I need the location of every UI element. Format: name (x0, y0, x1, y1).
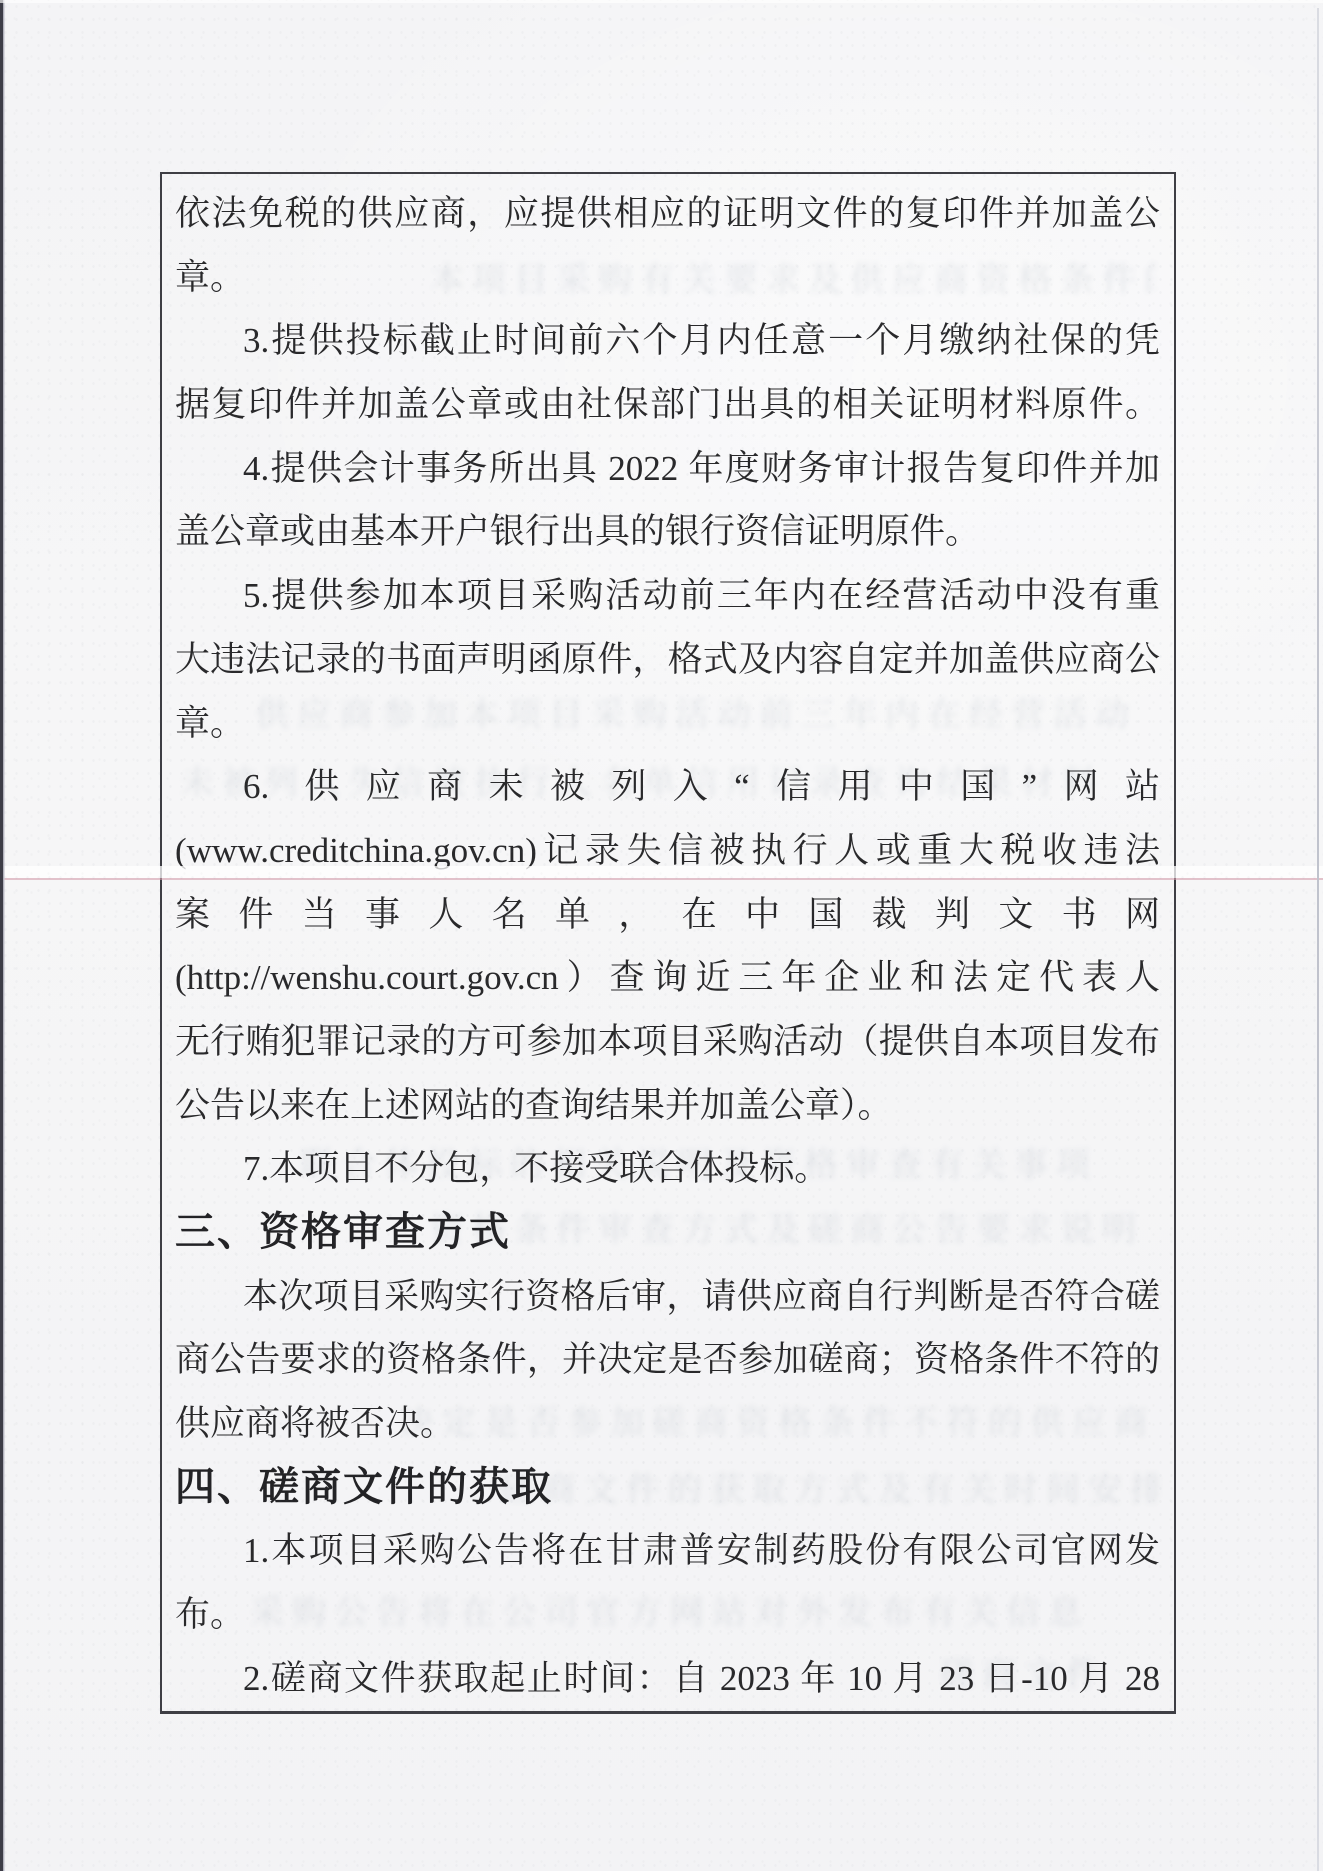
text-line-4: 据复印件并加盖公章或由社保部门出具的相关证明材料原件。 (175, 373, 1160, 437)
text-line-23: 布。 (175, 1583, 1160, 1647)
text-line-12: 案件当事人名单，在中国裁判文书网 (175, 883, 1160, 947)
text-line-16: 7.本项目不分包，不接受联合体投标。 (175, 1137, 1160, 1201)
text-line-19: 商公告要求的资格条件，并决定是否参加磋商；资格条件不符的 (175, 1328, 1160, 1392)
text-line-8: 大违法记录的书面声明函原件，格式及内容自定并加盖供应商公 (175, 628, 1160, 692)
scan-top-edge (0, 0, 1323, 3)
text-line-24: 2.磋商文件获取起止时间：自 2023 年 10 月 23 日-10 月 28 (175, 1647, 1160, 1711)
text-line-1: 依法免税的供应商，应提供相应的证明文件的复印件并加盖公 (175, 182, 1160, 246)
text-line-14: 无行贿犯罪记录的方可参加本项目采购活动（提供自本项目发布 (175, 1010, 1160, 1074)
text-line-6: 盖公章或由基本开户银行出具的银行资信证明原件。 (175, 500, 1160, 564)
document-border-box: 依法免税的供应商，应提供相应的证明文件的复印件并加盖公章。3.提供投标截止时间前… (160, 172, 1176, 1714)
scan-left-edge (0, 0, 5, 1871)
scan-crease-band (0, 866, 1323, 878)
scan-right-edge (1317, 8, 1319, 1871)
scanned-page: 本项目采购有关要求及供应商资格条件的说明供应商参加本项目采购活动前三年内在经营活… (0, 0, 1323, 1871)
text-line-3: 3.提供投标截止时间前六个月内任意一个月缴纳社保的凭 (175, 309, 1160, 373)
text-line-17: 三、资格审查方式 (175, 1201, 1160, 1265)
text-line-5: 4.提供会计事务所出具 2022 年度财务审计报告复印件并加 (175, 437, 1160, 501)
scan-crease-line (0, 878, 1323, 880)
text-line-2: 章。 (175, 246, 1160, 310)
text-line-15: 公告以来在上述网站的查询结果并加盖公章）。 (175, 1074, 1160, 1138)
text-line-22: 1.本项目采购公告将在甘肃普安制药股份有限公司官网发 (175, 1519, 1160, 1583)
text-line-20: 供应商将被否决。 (175, 1392, 1160, 1456)
text-line-10: 6. 供应商未被列入“信用中国”网站 (175, 755, 1160, 819)
text-line-9: 章。 (175, 692, 1160, 756)
text-line-18: 本次项目采购实行资格后审，请供应商自行判断是否符合磋 (175, 1265, 1160, 1329)
document-text-block: 依法免税的供应商，应提供相应的证明文件的复印件并加盖公章。3.提供投标截止时间前… (162, 174, 1174, 1711)
text-line-7: 5.提供参加本项目采购活动前三年内在经营活动中没有重 (175, 564, 1160, 628)
text-line-13: (http://wenshu.court.gov.cn）查询近三年企业和法定代表… (175, 946, 1160, 1010)
text-line-21: 四、磋商文件的获取 (175, 1456, 1160, 1520)
